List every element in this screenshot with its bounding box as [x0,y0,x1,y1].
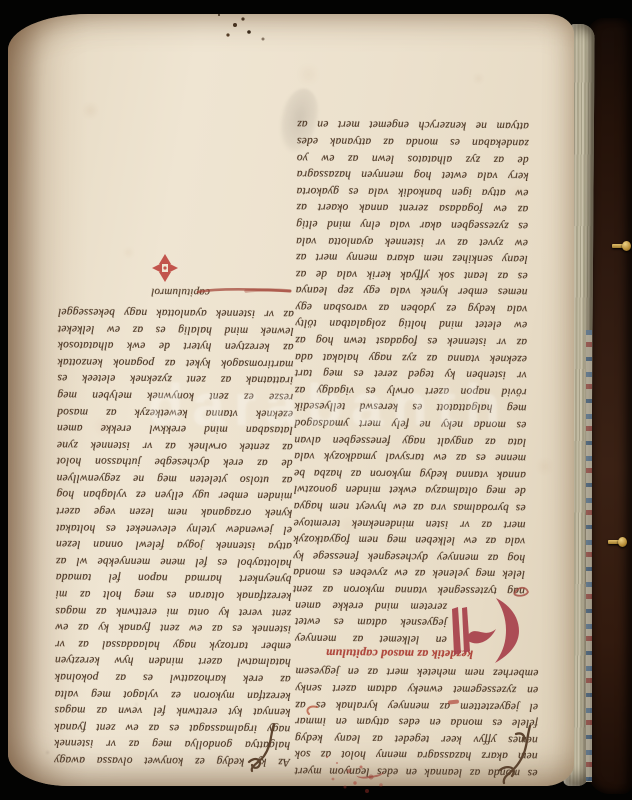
red-ink-speckles [326,756,328,758]
decorated-edge-strip [586,330,592,782]
manuscript-photo: nag tyztessegnek vtanna mykoron az zent … [0,0,632,800]
pen-flourish-left-icon [246,722,280,774]
red-curl-mark [512,584,530,598]
leather-cover-edge [588,18,632,794]
foxing-stains [8,14,9,15]
watermark: darabanth [148,372,568,439]
ink-specks [218,14,220,16]
clasp-knob [622,241,631,251]
illuminated-initial-N [446,595,524,667]
right-text-column-upper: nag tyztessegnek vtanna mykoron az zent … [293,115,529,599]
red-pen-stroke [196,286,292,296]
pen-flourish-right-icon [496,724,536,788]
right-text-column-beside-initial: en lelkemet az mennyey jegyesnek adtam e… [295,596,447,647]
manuscript-page: nag tyztessegnek vtanna mykoron az zent … [8,14,574,786]
red-paraph-mark [303,704,319,716]
clasp-knob [618,537,627,547]
cross-pattee-icon [150,252,180,284]
